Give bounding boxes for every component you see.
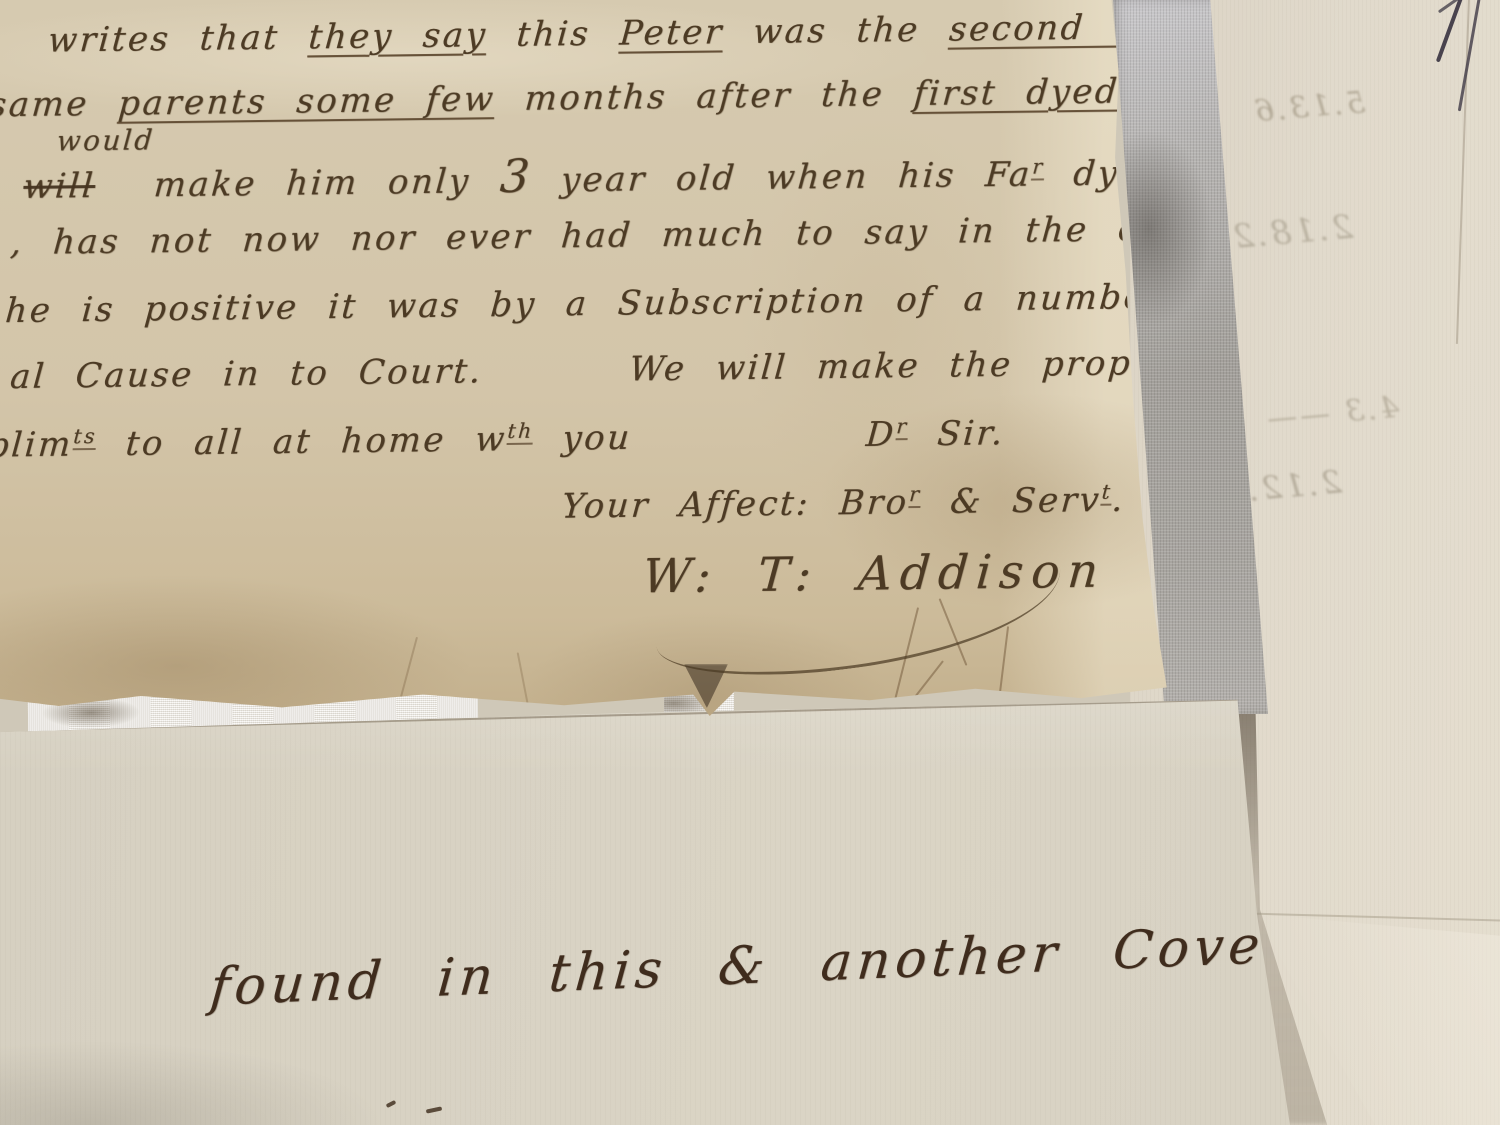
bleedthrough-number: 2.18.2 (1229, 207, 1355, 257)
letter-line: willwould make him only 3 year old when … (22, 140, 1257, 209)
cover-note-text: found in this & another Cover (208, 914, 1297, 1018)
letter-line: writes that they say this Peter was the … (47, 7, 1154, 61)
ink-mark (386, 1100, 397, 1108)
letter-line: he is positive it was by a Subscription … (4, 276, 1275, 332)
letter-fragment: writes that they say this Peter was the … (0, 0, 1175, 716)
bleedthrough-number: 5.13.6 (1251, 85, 1367, 130)
letter-line: Your Affect: Bror & Servt. (560, 479, 1126, 526)
photograph-of-manuscript-letters: 5.13.62.18.24.3 ——2.12.8 found in this &… (0, 0, 1500, 1125)
bleedthrough-number: 4.3 —— (1263, 390, 1401, 437)
ink-stroke (1458, 0, 1481, 111)
letter-line: plimts to all at home wth you Dr Sir. (0, 413, 1006, 466)
ink-mark (426, 1106, 442, 1113)
